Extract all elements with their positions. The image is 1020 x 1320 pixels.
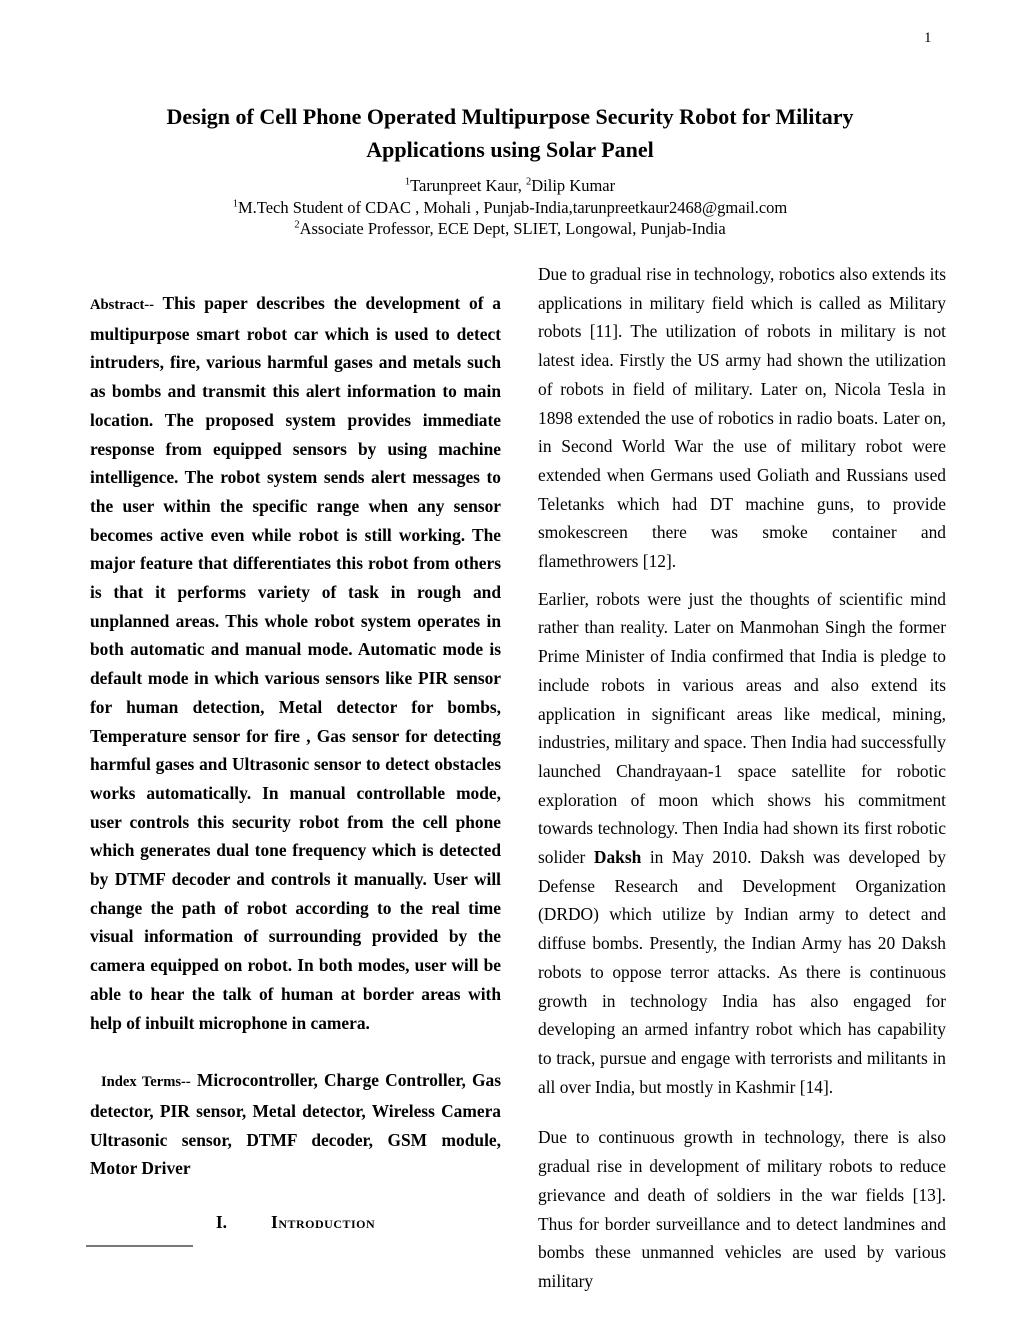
index-terms-label: Index Terms-- [101, 1074, 191, 1090]
abstract-paragraph: Abstract-- This paper describes the deve… [90, 289, 501, 1037]
left-column: Abstract-- This paper describes the deve… [90, 260, 501, 1247]
body-paragraph-1: Due to gradual rise in technology, robot… [538, 260, 946, 576]
affiliation1-line: 1M.Tech Student of CDAC , Mohali , Punja… [0, 197, 1020, 219]
section-heading-introduction: I.Introduction [90, 1208, 501, 1237]
index-terms-paragraph: Index Terms-- Microcontroller, Charge Co… [90, 1066, 501, 1183]
right-column: Due to gradual rise in technology, robot… [538, 260, 946, 1296]
section-title: Introduction [271, 1212, 375, 1232]
abstract-label: Abstract-- [90, 297, 154, 313]
page-number: 1 [924, 30, 932, 47]
affiliation2-line: 2Associate Professor, ECE Dept, SLIET, L… [0, 218, 1020, 240]
daksh-bold-term: Daksh [594, 847, 641, 867]
body-paragraph-2-before: Earlier, robots were just the thoughts o… [538, 589, 946, 867]
affiliation2-text: Associate Professor, ECE Dept, SLIET, Lo… [300, 219, 726, 238]
author2-name: Dilip Kumar [531, 176, 615, 195]
paper-title: Design of Cell Phone Operated Multipurpo… [0, 0, 1020, 166]
author-names-line: 1Tarunpreet Kaur, 2Dilip Kumar [0, 175, 1020, 197]
body-paragraph-2: Earlier, robots were just the thoughts o… [538, 585, 946, 1102]
affiliation1-text: M.Tech Student of CDAC , Mohali , Punjab… [238, 198, 787, 217]
section-number: I. [216, 1212, 227, 1232]
two-column-body: Abstract-- This paper describes the deve… [90, 260, 946, 1296]
footnote-rule [86, 1245, 193, 1247]
paper-title-line-2: Applications using Solar Panel [0, 133, 1020, 166]
author-block: 1Tarunpreet Kaur, 2Dilip Kumar 1M.Tech S… [0, 175, 1020, 240]
author1-name: Tarunpreet Kaur, [410, 176, 526, 195]
paper-title-line-1: Design of Cell Phone Operated Multipurpo… [0, 100, 1020, 133]
body-paragraph-3: Due to continuous growth in technology, … [538, 1123, 946, 1295]
body-paragraph-2-after: in May 2010. Daksh was developed by Defe… [538, 847, 946, 1097]
abstract-text: This paper describes the development of … [90, 293, 501, 1033]
document-page: 1 Design of Cell Phone Operated Multipur… [0, 0, 1020, 1320]
